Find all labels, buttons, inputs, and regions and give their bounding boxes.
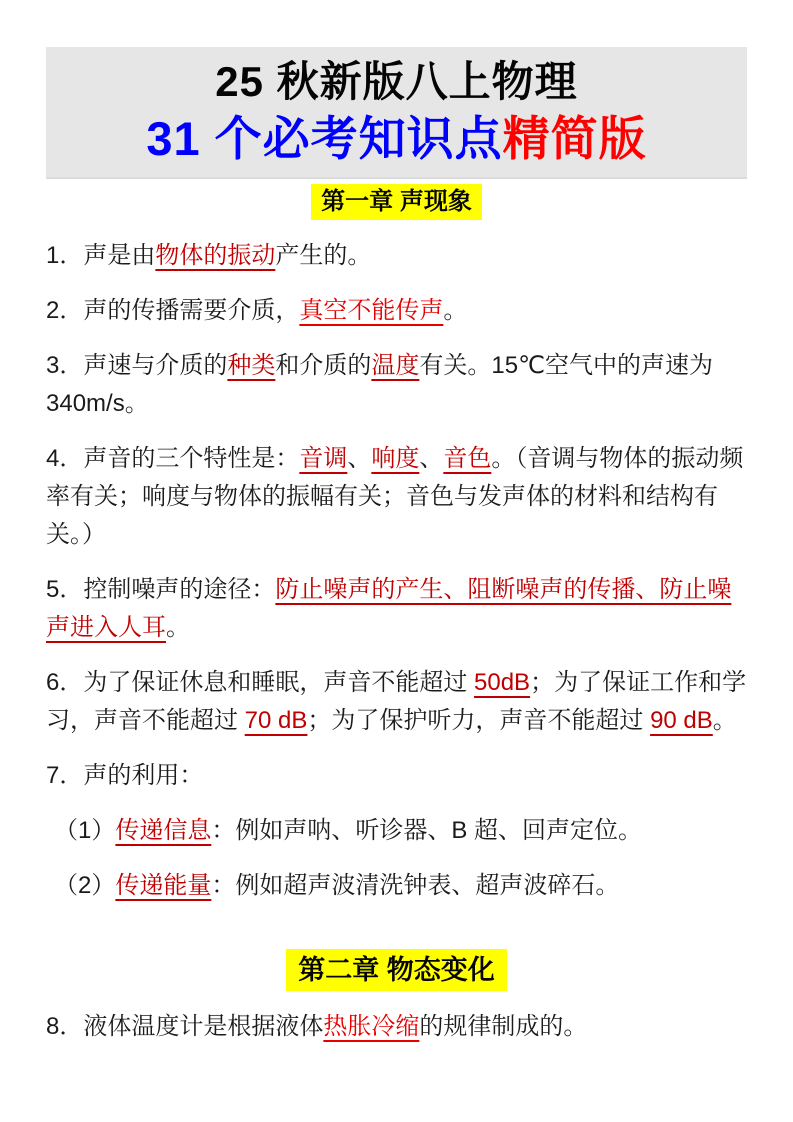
chapter-heading: 第二章 物态变化 <box>286 949 507 991</box>
document-body: 第一章 声现象1．声是由物体的振动产生的。2．声的传播需要介质，真空不能传声。3… <box>46 184 747 1046</box>
body-text: 。 <box>166 614 190 641</box>
body-text: 8．液体温度计是根据液体 <box>46 1013 323 1040</box>
body-text: 、 <box>347 445 371 472</box>
body-text: ；为了保护听力，声音不能超过 <box>307 707 650 734</box>
page-subtitle: 31 个必考知识点精简版 <box>46 110 747 168</box>
keyword-underlined-text: 90 dB <box>650 707 713 734</box>
body-text: 4．声音的三个特性是： <box>46 445 299 472</box>
chapter-heading-row: 第一章 声现象 <box>46 184 747 220</box>
page-title: 25 秋新版八上物理 <box>46 54 747 110</box>
keyword-underlined-text: 响度 <box>371 445 419 472</box>
page-subtitle-blue-text: 31 个必考知识点 <box>146 112 502 165</box>
body-text: 1．声是由 <box>46 242 155 269</box>
list-item: 6．为了保证休息和睡眠，声音不能超过 50dB；为了保证工作和学习，声音不能超过… <box>46 664 747 740</box>
document-header: 25 秋新版八上物理 31 个必考知识点精简版 <box>46 47 747 179</box>
list-item: 3．声速与介质的种类和介质的温度有关。15℃空气中的声速为340m/s。 <box>46 347 747 423</box>
list-item: 4．声音的三个特性是：音调、响度、音色。（音调与物体的振动频率有关；响度与物体的… <box>46 440 747 554</box>
list-item: 2．声的传播需要介质，真空不能传声。 <box>46 292 747 330</box>
list-item: 7．声的利用： <box>46 757 747 795</box>
body-text: 和介质的 <box>275 352 371 379</box>
body-text: ：例如声呐、听诊器、B 超、回声定位。 <box>211 817 642 844</box>
body-text: 5．控制噪声的途径： <box>46 576 275 603</box>
body-text: （1） <box>54 817 115 844</box>
keyword-underlined-text: 物体的振动 <box>155 242 275 269</box>
body-text: 、 <box>419 445 443 472</box>
keyword-underlined-text: 种类 <box>227 352 275 379</box>
list-item: 1．声是由物体的振动产生的。 <box>46 237 747 275</box>
body-text: 的规律制成的。 <box>419 1013 587 1040</box>
body-text: 3．声速与介质的 <box>46 352 227 379</box>
body-text: 。 <box>443 297 467 324</box>
body-text: 2．声的传播需要介质， <box>46 297 299 324</box>
body-text: ：例如超声波清洗钟表、超声波碎石。 <box>211 872 619 899</box>
sub-list-item: （1）传递信息：例如声呐、听诊器、B 超、回声定位。 <box>46 812 747 850</box>
body-text: 6．为了保证休息和睡眠，声音不能超过 <box>46 669 474 696</box>
keyword-underlined-text: 真空不能传声 <box>299 297 443 324</box>
body-text: 产生的。 <box>275 242 371 269</box>
list-item: 5．控制噪声的途径：防止噪声的产生、阻断噪声的传播、防止噪声进入人耳。 <box>46 571 747 647</box>
sub-list-item: （2）传递能量：例如超声波清洗钟表、超声波碎石。 <box>46 867 747 905</box>
body-text: （2） <box>54 872 115 899</box>
keyword-underlined-text: 传递信息 <box>115 817 211 844</box>
document-page: 25 秋新版八上物理 31 个必考知识点精简版 第一章 声现象1．声是由物体的振… <box>0 0 793 1122</box>
keyword-underlined-text: 热胀冷缩 <box>323 1013 419 1040</box>
keyword-underlined-text: 传递能量 <box>115 872 211 899</box>
body-text: 7．声的利用： <box>46 762 203 789</box>
keyword-underlined-text: 温度 <box>371 352 419 379</box>
keyword-underlined-text: 音色 <box>443 445 491 472</box>
page-subtitle-red-text: 精简版 <box>503 112 647 165</box>
keyword-underlined-text: 70 dB <box>245 707 308 734</box>
keyword-underlined-text: 50dB <box>474 669 530 696</box>
body-text: 。 <box>713 707 737 734</box>
keyword-underlined-text: 音调 <box>299 445 347 472</box>
list-item: 8．液体温度计是根据液体热胀冷缩的规律制成的。 <box>46 1008 747 1046</box>
chapter-heading: 第一章 声现象 <box>311 184 482 220</box>
chapter-heading-row: 第二章 物态变化 <box>46 949 747 991</box>
